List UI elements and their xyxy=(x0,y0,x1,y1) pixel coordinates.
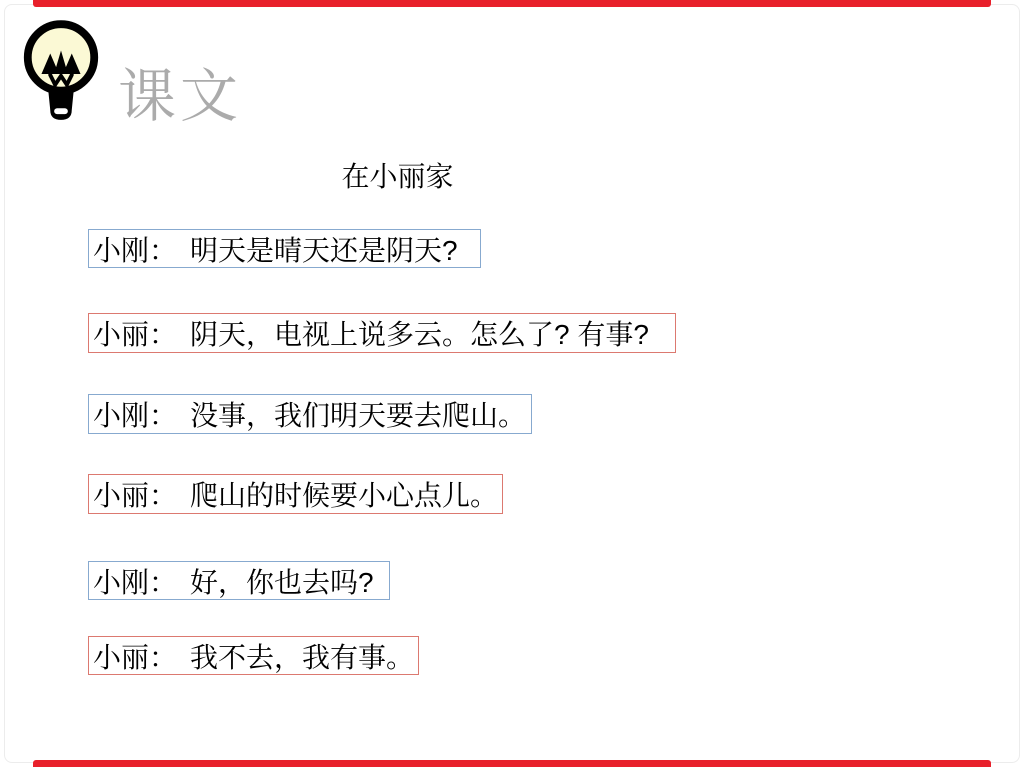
dialogue-box-1: 小刚： 明天是晴天还是阴天? xyxy=(88,229,481,268)
speaker-label: 小丽： xyxy=(93,474,177,514)
dialogue-location-title: 在小丽家 xyxy=(0,155,795,195)
dialogue-box-2: 小丽： 阴天，电视上说多云。怎么了? 有事? xyxy=(88,313,676,353)
dialogue-text: 爬山的时候要小心点儿。 xyxy=(190,474,498,514)
page-title: 课文 xyxy=(118,64,242,131)
dialogue-box-4: 小丽： 爬山的时候要小心点儿。 xyxy=(88,474,503,514)
dialogue-box-6: 小丽： 我不去，我有事。 xyxy=(88,636,419,675)
bottom-accent-bar xyxy=(33,760,991,767)
dialogue-text: 明天是晴天还是阴天? xyxy=(190,229,458,268)
speaker-label: 小刚： xyxy=(93,394,177,434)
dialogue-box-3: 小刚： 没事，我们明天要去爬山。 xyxy=(88,394,532,434)
speaker-label: 小刚： xyxy=(93,229,177,268)
slide-canvas: 课文 在小丽家 小刚： 明天是晴天还是阴天? 小丽： 阴天，电视上说多云。怎么了… xyxy=(0,0,1024,767)
speaker-label: 小丽： xyxy=(93,313,177,353)
dialogue-box-5: 小刚： 好，你也去吗? xyxy=(88,561,390,600)
dialogue-text: 好，你也去吗? xyxy=(190,561,374,600)
speaker-label: 小丽： xyxy=(93,636,177,675)
top-accent-bar xyxy=(33,0,991,7)
lightbulb-icon xyxy=(18,13,104,135)
dialogue-text: 阴天，电视上说多云。怎么了? 有事? xyxy=(190,313,649,353)
dialogue-text: 我不去，我有事。 xyxy=(190,636,414,675)
dialogue-text: 没事，我们明天要去爬山。 xyxy=(190,394,526,434)
speaker-label: 小刚： xyxy=(93,561,177,600)
